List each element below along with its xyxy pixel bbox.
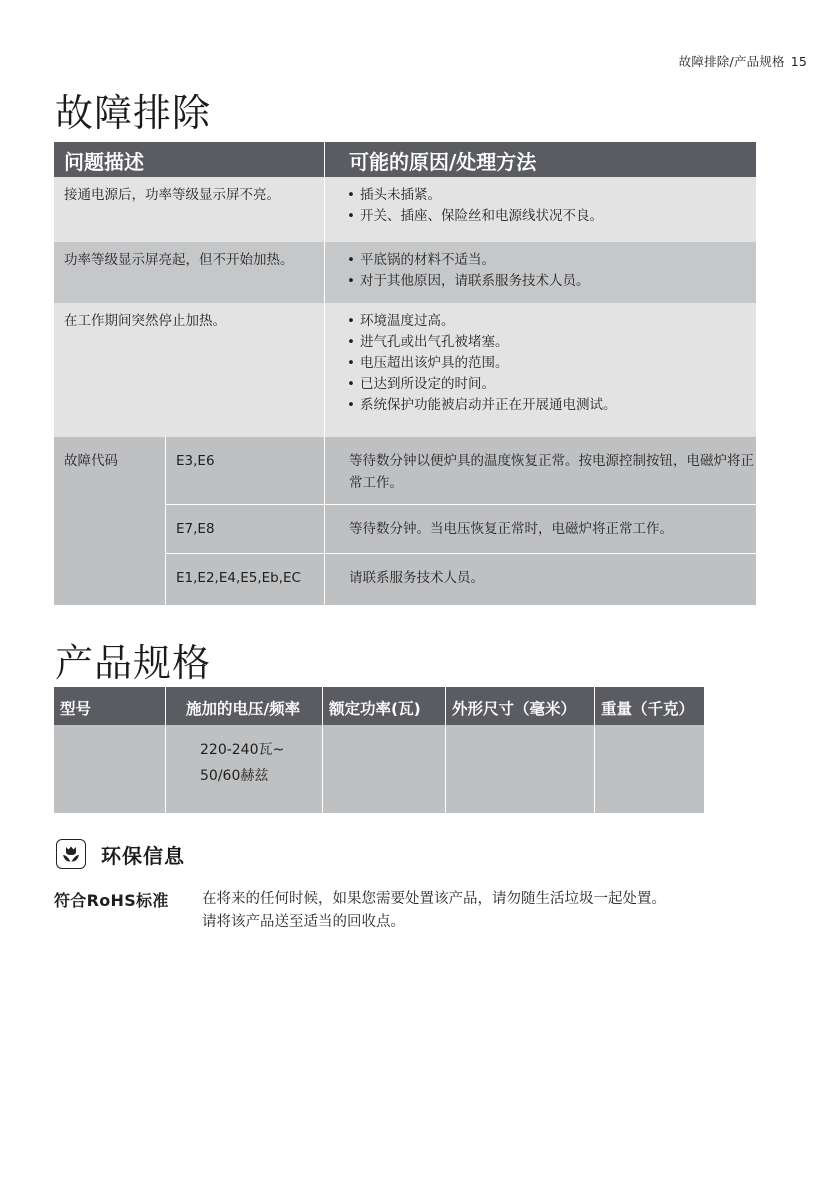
cause-item: 已达到所设定的时间。 xyxy=(347,374,756,395)
environment-heading: 环保信息 xyxy=(56,839,185,869)
environment-title: 环保信息 xyxy=(101,840,185,869)
problem-cell: 功率等级显示屏亮起，但不开始加热。 xyxy=(54,242,325,303)
running-header-section: 故障排除/产品规格 xyxy=(679,54,785,69)
header-problem: 问题描述 xyxy=(54,142,325,177)
causes-cell: 环境温度过高。 进气孔或出气孔被堵塞。 电压超出该炉具的范围。 已达到所设定的时… xyxy=(325,303,756,437)
header-model: 型号 xyxy=(54,687,166,725)
table-header: 问题描述 可能的原因/处理方法 xyxy=(54,142,756,177)
causes-cell: 平底锅的材料不适当。 对于其他原因，请联系服务技术人员。 xyxy=(325,242,756,303)
header-voltage: 施加的电压/频率 xyxy=(166,687,323,725)
fault-code-group: 故障代码 E3,E6 等待数分钟以便炉具的温度恢复正常。按电源控制按钮，电磁炉将… xyxy=(54,437,756,605)
voltage-value: 220-240瓦~ xyxy=(200,742,284,758)
rohs-text-line: 请将该产品送至适当的回收点。 xyxy=(202,911,666,934)
fault-codes: E3,E6 xyxy=(166,437,325,504)
cause-item: 环境温度过高。 xyxy=(347,311,756,332)
fault-code-label: 故障代码 xyxy=(54,437,166,605)
fault-solution: 等待数分钟以便炉具的温度恢复正常。按电源控制按钮，电磁炉将正常工作。 xyxy=(325,437,756,504)
power-cell xyxy=(323,725,446,813)
cause-item: 系统保护功能被启动并正在开展通电测试。 xyxy=(347,395,756,416)
specifications-title: 产品规格 xyxy=(55,632,211,687)
frequency-value: 50/60赫兹 xyxy=(200,768,268,784)
troubleshooting-title: 故障排除 xyxy=(55,82,211,137)
dimensions-cell xyxy=(446,725,595,813)
rohs-text-line: 在将来的任何时候，如果您需要处置该产品，请勿随生活垃圾一起处置。 xyxy=(202,888,666,911)
rohs-section: 符合RoHS标准 在将来的任何时候，如果您需要处置该产品，请勿随生活垃圾一起处置… xyxy=(54,888,666,934)
running-header: 故障排除/产品规格15 xyxy=(679,52,807,70)
flower-icon xyxy=(56,839,86,869)
table-row: 220-240瓦~ 50/60赫兹 xyxy=(54,725,704,813)
table-row: 接通电源后，功率等级显示屏不亮。 插头未插紧。 开关、插座、保险丝和电源线状况不… xyxy=(54,177,756,242)
header-solution: 可能的原因/处理方法 xyxy=(325,142,756,177)
header-dimensions: 外形尺寸（毫米） xyxy=(446,687,595,725)
fault-solution: 请联系服务技术人员。 xyxy=(325,554,756,605)
cause-item: 插头未插紧。 xyxy=(347,185,756,206)
cause-item: 平底锅的材料不适当。 xyxy=(347,250,756,271)
specifications-table: 型号 施加的电压/频率 额定功率(瓦) 外形尺寸（毫米） 重量（千克） 220-… xyxy=(54,687,704,813)
causes-cell: 插头未插紧。 开关、插座、保险丝和电源线状况不良。 xyxy=(325,177,756,242)
fault-code-row: E1,E2,E4,E5,Eb,EC 请联系服务技术人员。 xyxy=(166,553,756,605)
cause-item: 对于其他原因，请联系服务技术人员。 xyxy=(347,271,756,292)
fault-codes: E1,E2,E4,E5,Eb,EC xyxy=(166,554,325,605)
cause-item: 进气孔或出气孔被堵塞。 xyxy=(347,332,756,353)
rohs-label: 符合RoHS标准 xyxy=(54,888,202,934)
table-row: 功率等级显示屏亮起，但不开始加热。 平底锅的材料不适当。 对于其他原因，请联系服… xyxy=(54,242,756,303)
voltage-cell: 220-240瓦~ 50/60赫兹 xyxy=(166,725,323,813)
problem-cell: 在工作期间突然停止加热。 xyxy=(54,303,325,437)
table-row: 在工作期间突然停止加热。 环境温度过高。 进气孔或出气孔被堵塞。 电压超出该炉具… xyxy=(54,303,756,437)
fault-code-row: E7,E8 等待数分钟。当电压恢复正常时，电磁炉将正常工作。 xyxy=(166,504,756,553)
cause-item: 电压超出该炉具的范围。 xyxy=(347,353,756,374)
table-header: 型号 施加的电压/频率 额定功率(瓦) 外形尺寸（毫米） 重量（千克） xyxy=(54,687,704,725)
problem-cell: 接通电源后，功率等级显示屏不亮。 xyxy=(54,177,325,242)
header-weight: 重量（千克） xyxy=(595,687,704,725)
fault-codes: E7,E8 xyxy=(166,505,325,553)
rohs-text: 在将来的任何时候，如果您需要处置该产品，请勿随生活垃圾一起处置。 请将该产品送至… xyxy=(202,888,666,934)
weight-cell xyxy=(595,725,704,813)
fault-solution: 等待数分钟。当电压恢复正常时，电磁炉将正常工作。 xyxy=(325,505,756,553)
cause-item: 开关、插座、保险丝和电源线状况不良。 xyxy=(347,206,756,227)
header-power: 额定功率(瓦) xyxy=(323,687,446,725)
fault-code-row: E3,E6 等待数分钟以便炉具的温度恢复正常。按电源控制按钮，电磁炉将正常工作。 xyxy=(166,437,756,504)
troubleshooting-table: 问题描述 可能的原因/处理方法 接通电源后，功率等级显示屏不亮。 插头未插紧。 … xyxy=(54,142,756,605)
page-number: 15 xyxy=(791,54,807,69)
model-cell xyxy=(54,725,166,813)
